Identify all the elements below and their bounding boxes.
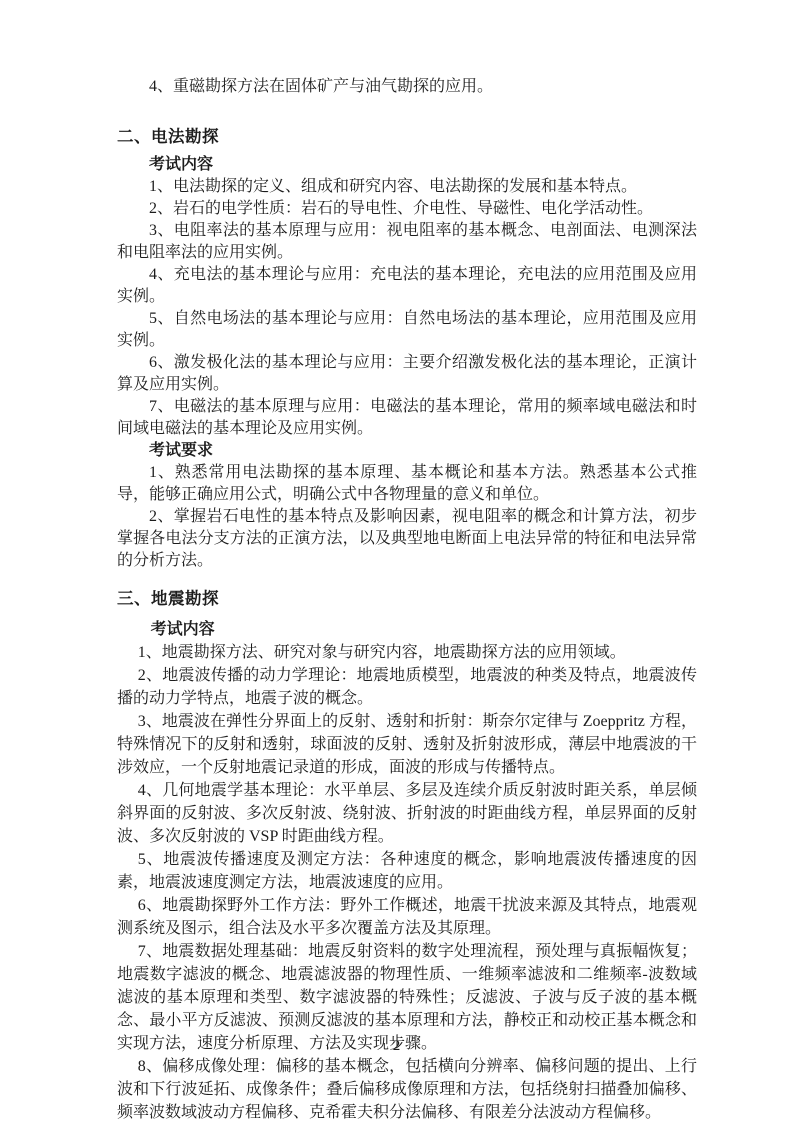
exam-item: 1、电法勘探的定义、组成和研究内容、电法勘探的发展和基本特点。 [117,176,697,198]
exam-item: 4、充电法的基本理论与应用：充电法的基本理论，充电法的应用范围及应用实例。 [117,264,697,308]
section-heading-seismic: 三、地震勘探 [117,588,697,610]
exam-item: 5、自然电场法的基本理论与应用：自然电场法的基本理论，应用范围及应用实例。 [117,308,697,352]
exam-item: 6、地震勘探野外工作方法：野外工作概述，地震干扰波来源及其特点，地震观测系统及图… [117,894,697,940]
subheading-exam-requirements: 考试要求 [117,440,697,462]
exam-item: 1、地震勘探方法、研究对象与研究内容，地震勘探方法的应用领域。 [117,641,697,664]
exam-item: 3、电阻率法的基本原理与应用：视电阻率的基本概念、电剖面法、电测深法和电阻率法的… [117,220,697,264]
exam-item: 2、掌握岩石电性的基本特点及影响因素，视电阻率的概念和计算方法，初步掌握各电法分… [117,506,697,572]
exam-item: 4、几何地震学基本理论：水平单层、多层及连续介质反射波时距关系，单层倾斜界面的反… [117,779,697,848]
exam-item: 1、熟悉常用电法勘探的基本原理、基本概论和基本方法。熟悉基本公式推导，能够正确应… [117,462,697,506]
subheading-exam-content: 考试内容 [117,154,697,176]
lead-item: 4、重磁勘探方法在固体矿产与油气勘探的应用。 [117,76,697,98]
exam-item: 6、激发极化法的基本理论与应用：主要介绍激发极化法的基本理论，正演计算及应用实例… [117,352,697,396]
exam-item: 7、电磁法的基本原理与应用：电磁法的基本理论，常用的频率域电磁法和时间域电磁法的… [117,396,697,440]
exam-item: 2、岩石的电学性质：岩石的导电性、介电性、导磁性、电化学活动性。 [117,198,697,220]
subheading-exam-content: 考试内容 [117,618,697,641]
section-electrical-exploration: 二、电法勘探 考试内容 1、电法勘探的定义、组成和研究内容、电法勘探的发展和基本… [117,126,697,572]
exam-item: 5、地震波传播速度及测定方法：各种速度的概念，影响地震波传播速度的因素，地震波速… [117,848,697,894]
section-heading-electrical: 二、电法勘探 [117,126,697,148]
page-number: 2 [0,1036,793,1056]
exam-item: 2、地震波传播的动力学理论：地震地质模型，地震波的种类及特点，地震波传播的动力学… [117,664,697,710]
document-page: 4、重磁勘探方法在固体矿产与油气勘探的应用。 二、电法勘探 考试内容 1、电法勘… [0,0,793,1121]
exam-item: 3、地震波在弹性分界面上的反射、透射和折射：斯奈尔定律与 Zoeppritz 方… [117,710,697,779]
exam-item: 8、偏移成像处理：偏移的基本概念，包括横向分辨率、偏移问题的提出、上行波和下行波… [117,1055,697,1121]
